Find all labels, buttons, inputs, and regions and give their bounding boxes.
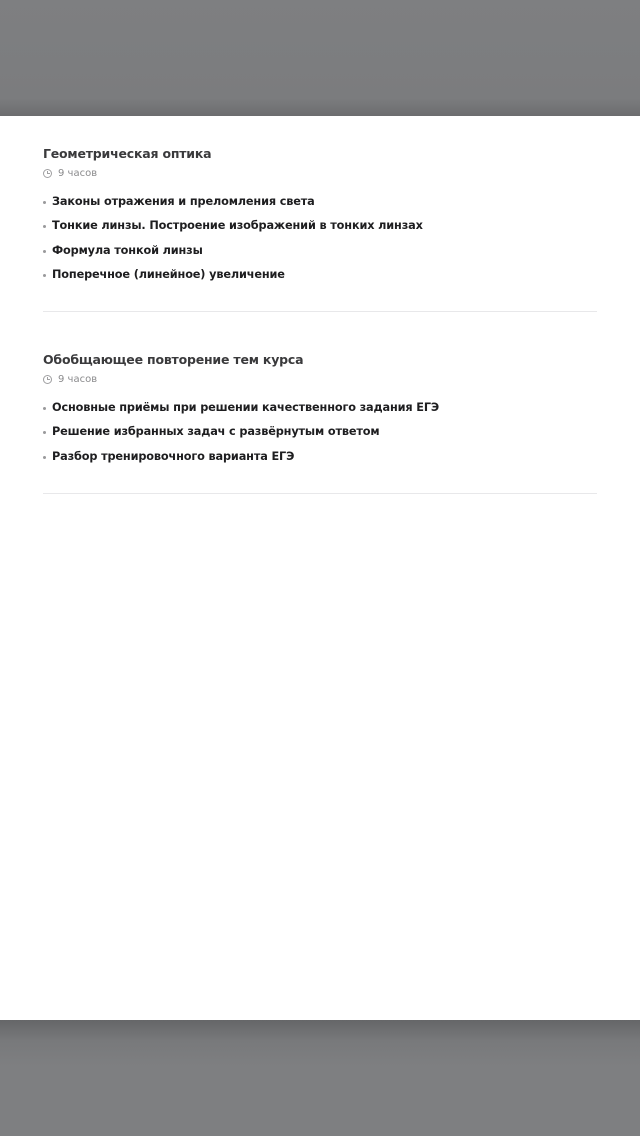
list-item: Тонкие линзы. Построение изображений в т… (43, 218, 597, 242)
section-divider (43, 311, 597, 312)
list-item: Решение избранных задач с развёрнутым от… (43, 424, 597, 448)
bullet-icon (43, 225, 46, 228)
bullet-icon (43, 201, 46, 204)
course-program-panel: Геометрическая оптика 9 часов Законы отр… (0, 116, 640, 1020)
topic-text: Поперечное (линейное) увеличение (52, 268, 285, 281)
modal-backdrop-bottom[interactable] (0, 1020, 640, 1136)
section-course-review: Обобщающее повторение тем курса 9 часов … (43, 352, 597, 473)
topic-text: Законы отражения и преломления света (52, 195, 315, 208)
list-item: Формула тонкой линзы (43, 243, 597, 267)
bullet-icon (43, 431, 46, 434)
topic-list: Законы отражения и преломления света Тон… (43, 194, 597, 291)
topic-text: Разбор тренировочного варианта ЕГЭ (52, 450, 294, 463)
bullet-icon (43, 456, 46, 459)
list-item: Законы отражения и преломления света (43, 194, 597, 218)
section-title: Геометрическая оптика (43, 146, 597, 162)
section-geometric-optics: Геометрическая оптика 9 часов Законы отр… (43, 146, 597, 291)
clock-icon (43, 375, 52, 384)
list-item: Основные приёмы при решении качественног… (43, 400, 597, 424)
topic-text: Решение избранных задач с развёрнутым от… (52, 425, 379, 438)
section-title: Обобщающее повторение тем курса (43, 352, 597, 368)
clock-icon (43, 169, 52, 178)
modal-backdrop-top[interactable] (0, 0, 640, 116)
bullet-icon (43, 407, 46, 410)
section-duration: 9 часов (43, 166, 597, 180)
topic-text: Тонкие линзы. Построение изображений в т… (52, 219, 423, 232)
topic-list: Основные приёмы при решении качественног… (43, 400, 597, 473)
bullet-icon (43, 274, 46, 277)
section-duration: 9 часов (43, 372, 597, 386)
duration-text: 9 часов (58, 374, 97, 385)
topic-text: Основные приёмы при решении качественног… (52, 401, 439, 414)
bullet-icon (43, 250, 46, 253)
topic-text: Формула тонкой линзы (52, 244, 203, 257)
duration-text: 9 часов (58, 168, 97, 179)
list-item: Поперечное (линейное) увеличение (43, 267, 597, 291)
list-item: Разбор тренировочного варианта ЕГЭ (43, 449, 597, 473)
section-divider (43, 493, 597, 494)
